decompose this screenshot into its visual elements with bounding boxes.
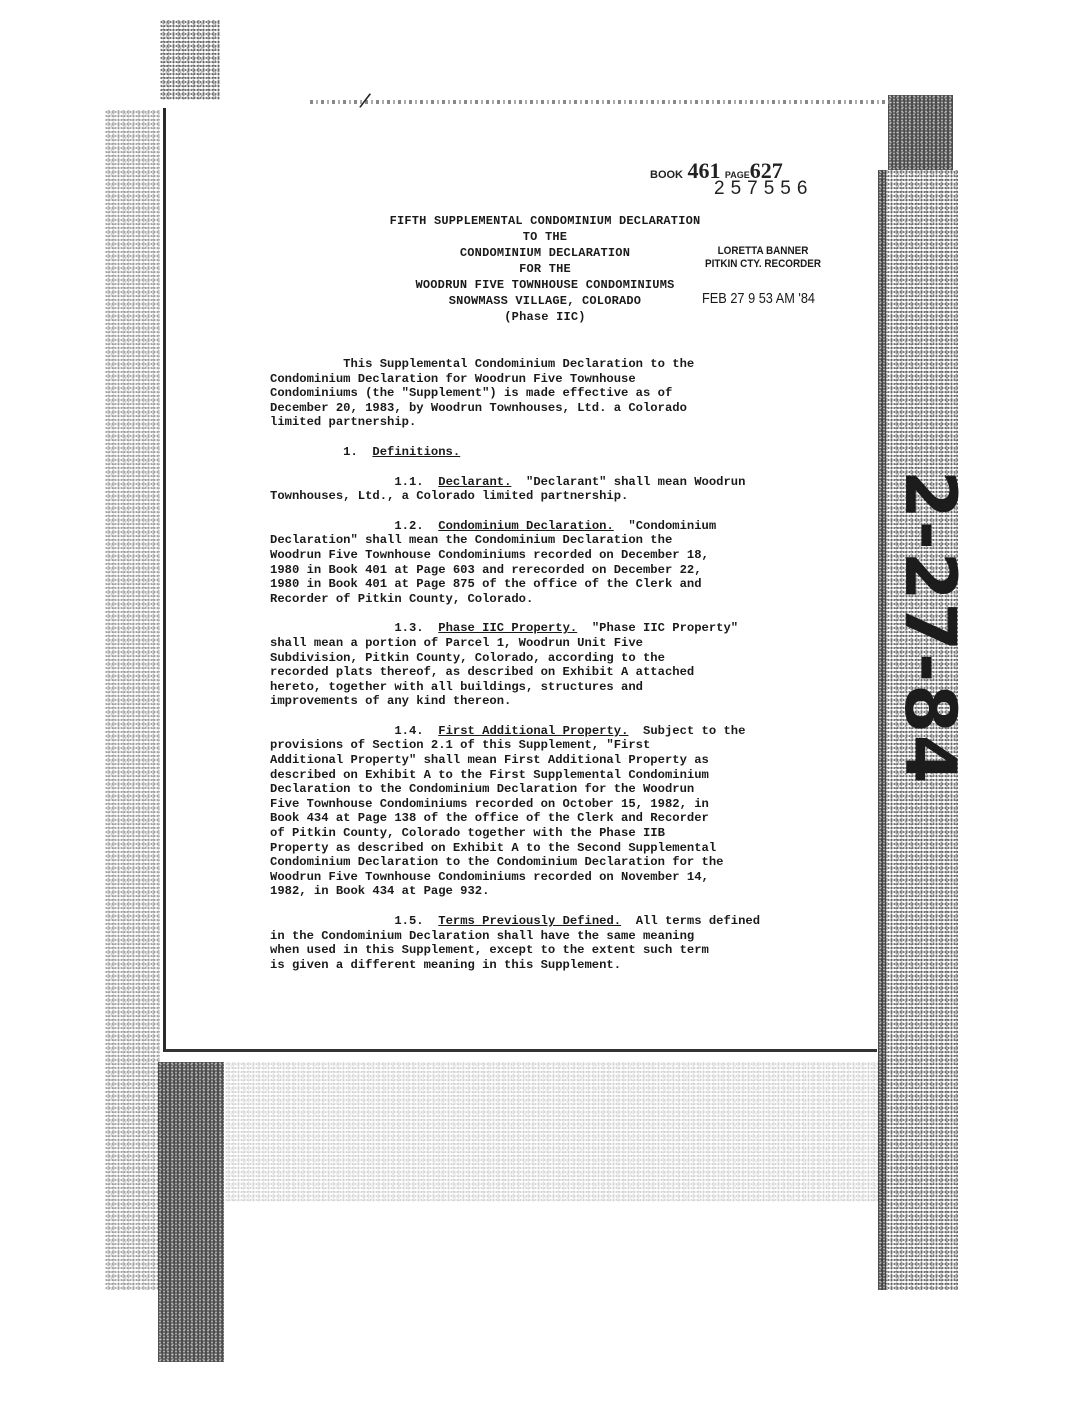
reception-number: 257556 <box>714 178 813 200</box>
definition-first-additional-property: 1.4. First Additional Property. Subject … <box>270 724 830 899</box>
document-title: FIFTH SUPPLEMENTAL CONDOMINIUM DECLARATI… <box>340 213 750 325</box>
recorder-stamp: LORETTA BANNER PITKIN CTY. RECORDER <box>700 245 826 271</box>
text-line: of Pitkin County, Colorado together with… <box>270 826 830 841</box>
scan-edge-left-bottom <box>158 1062 224 1362</box>
text-line: Five Townhouse Condominiums recorded on … <box>270 797 830 812</box>
text-line: shall mean a portion of Parcel 1, Woodru… <box>270 636 830 651</box>
document-body: This Supplemental Condominium Declaratio… <box>270 357 830 972</box>
text-line: is given a different meaning in this Sup… <box>270 958 830 973</box>
text-line: Book 434 at Page 138 of the office of th… <box>270 811 830 826</box>
scan-edge-right-strip <box>878 170 886 1290</box>
text-line: Additional Property" shall mean First Ad… <box>270 753 830 768</box>
handwritten-date: 2-27-84 <box>890 470 970 850</box>
definition-declarant: 1.1. Declarant. "Declarant" shall mean W… <box>270 475 830 504</box>
text-line: December 20, 1983, by Woodrun Townhouses… <box>270 401 830 416</box>
text-line: when used in this Supplement, except to … <box>270 943 830 958</box>
definition-first-line: 1.1. Declarant. "Declarant" shall mean W… <box>270 475 830 490</box>
scan-noise-bottom <box>225 1062 885 1202</box>
definition-first-line: 1.2. Condominium Declaration. "Condomini… <box>270 519 830 534</box>
book-label: BOOK <box>650 169 683 181</box>
title-line: FIFTH SUPPLEMENTAL CONDOMINIUM DECLARATI… <box>340 213 750 229</box>
text-line: in the Condominium Declaration shall hav… <box>270 929 830 944</box>
text-line: limited partnership. <box>270 415 830 430</box>
intro-paragraph: This Supplemental Condominium Declaratio… <box>270 357 830 430</box>
text-line: Declaration to the Condominium Declarati… <box>270 782 830 797</box>
text-line: Townhouses, Ltd., a Colorado limited par… <box>270 489 830 504</box>
recorded-date-time: FEB 27 9 53 AM '84 <box>702 290 815 307</box>
text-line: Woodrun Five Townhouse Condominiums reco… <box>270 870 830 885</box>
definition-phase-iic-property: 1.3. Phase IIC Property. "Phase IIC Prop… <box>270 621 830 709</box>
defined-term: Phase IIC Property. <box>438 621 577 635</box>
text-line: Subdivision, Pitkin County, Colorado, ac… <box>270 651 830 666</box>
title-line: TO THE <box>340 229 750 245</box>
text-line: 1980 in Book 401 at Page 875 of the offi… <box>270 577 830 592</box>
section-number: 1. <box>343 445 358 459</box>
scan-noise-top-left <box>160 20 220 100</box>
text-line: described on Exhibit A to the First Supp… <box>270 768 830 783</box>
definition-first-line: 1.3. Phase IIC Property. "Phase IIC Prop… <box>270 621 830 636</box>
defined-term: Terms Previously Defined. <box>438 914 621 928</box>
text-line: improvements of any kind thereon. <box>270 694 830 709</box>
text-line: Condominium Declaration to the Condomini… <box>270 855 830 870</box>
defined-term: First Additional Property. <box>438 724 628 738</box>
text-line: Condominium Declaration for Woodrun Five… <box>270 372 830 387</box>
definition-first-line: 1.5. Terms Previously Defined. All terms… <box>270 914 830 929</box>
scan-top-edge-line <box>310 100 890 104</box>
defined-term: Declarant. <box>438 475 511 489</box>
text-line: provisions of Section 2.1 of this Supple… <box>270 738 830 753</box>
definition-terms-previously-defined: 1.5. Terms Previously Defined. All terms… <box>270 914 830 972</box>
text-line: 1980 in Book 401 at Page 603 and rerecor… <box>270 563 830 578</box>
recorder-name: LORETTA BANNER <box>700 245 826 258</box>
scan-edge-right-top <box>888 95 953 170</box>
text-line: hereto, together with all buildings, str… <box>270 680 830 695</box>
text-line: Property as described on Exhibit A to th… <box>270 841 830 856</box>
title-line: CONDOMINIUM DECLARATION <box>340 245 750 261</box>
text-line: Declaration" shall mean the Condominium … <box>270 533 830 548</box>
text-line: Condominiums (the "Supplement") is made … <box>270 386 830 401</box>
definition-first-line: 1.4. First Additional Property. Subject … <box>270 724 830 739</box>
text-line: recorded plats thereof, as described on … <box>270 665 830 680</box>
scan-noise-left-margin <box>105 110 160 1290</box>
title-line: FOR THE <box>340 261 750 277</box>
title-line: SNOWMASS VILLAGE, COLORADO <box>340 293 750 309</box>
text-line: 1982, in Book 434 at Page 932. <box>270 884 830 899</box>
section-title: Definitions. <box>372 445 460 459</box>
text-line: Woodrun Five Townhouse Condominiums reco… <box>270 548 830 563</box>
text-line: This Supplemental Condominium Declaratio… <box>270 357 830 372</box>
section-heading: 1. Definitions. <box>270 445 830 460</box>
text-line: Recorder of Pitkin County, Colorado. <box>270 592 830 607</box>
defined-term: Condominium Declaration. <box>438 519 614 533</box>
title-line: (Phase IIC) <box>340 309 750 325</box>
recorder-office: PITKIN CTY. RECORDER <box>700 258 826 271</box>
title-line: WOODRUN FIVE TOWNHOUSE CONDOMINIUMS <box>340 277 750 293</box>
definition-condominium-declaration: 1.2. Condominium Declaration. "Condomini… <box>270 519 830 607</box>
